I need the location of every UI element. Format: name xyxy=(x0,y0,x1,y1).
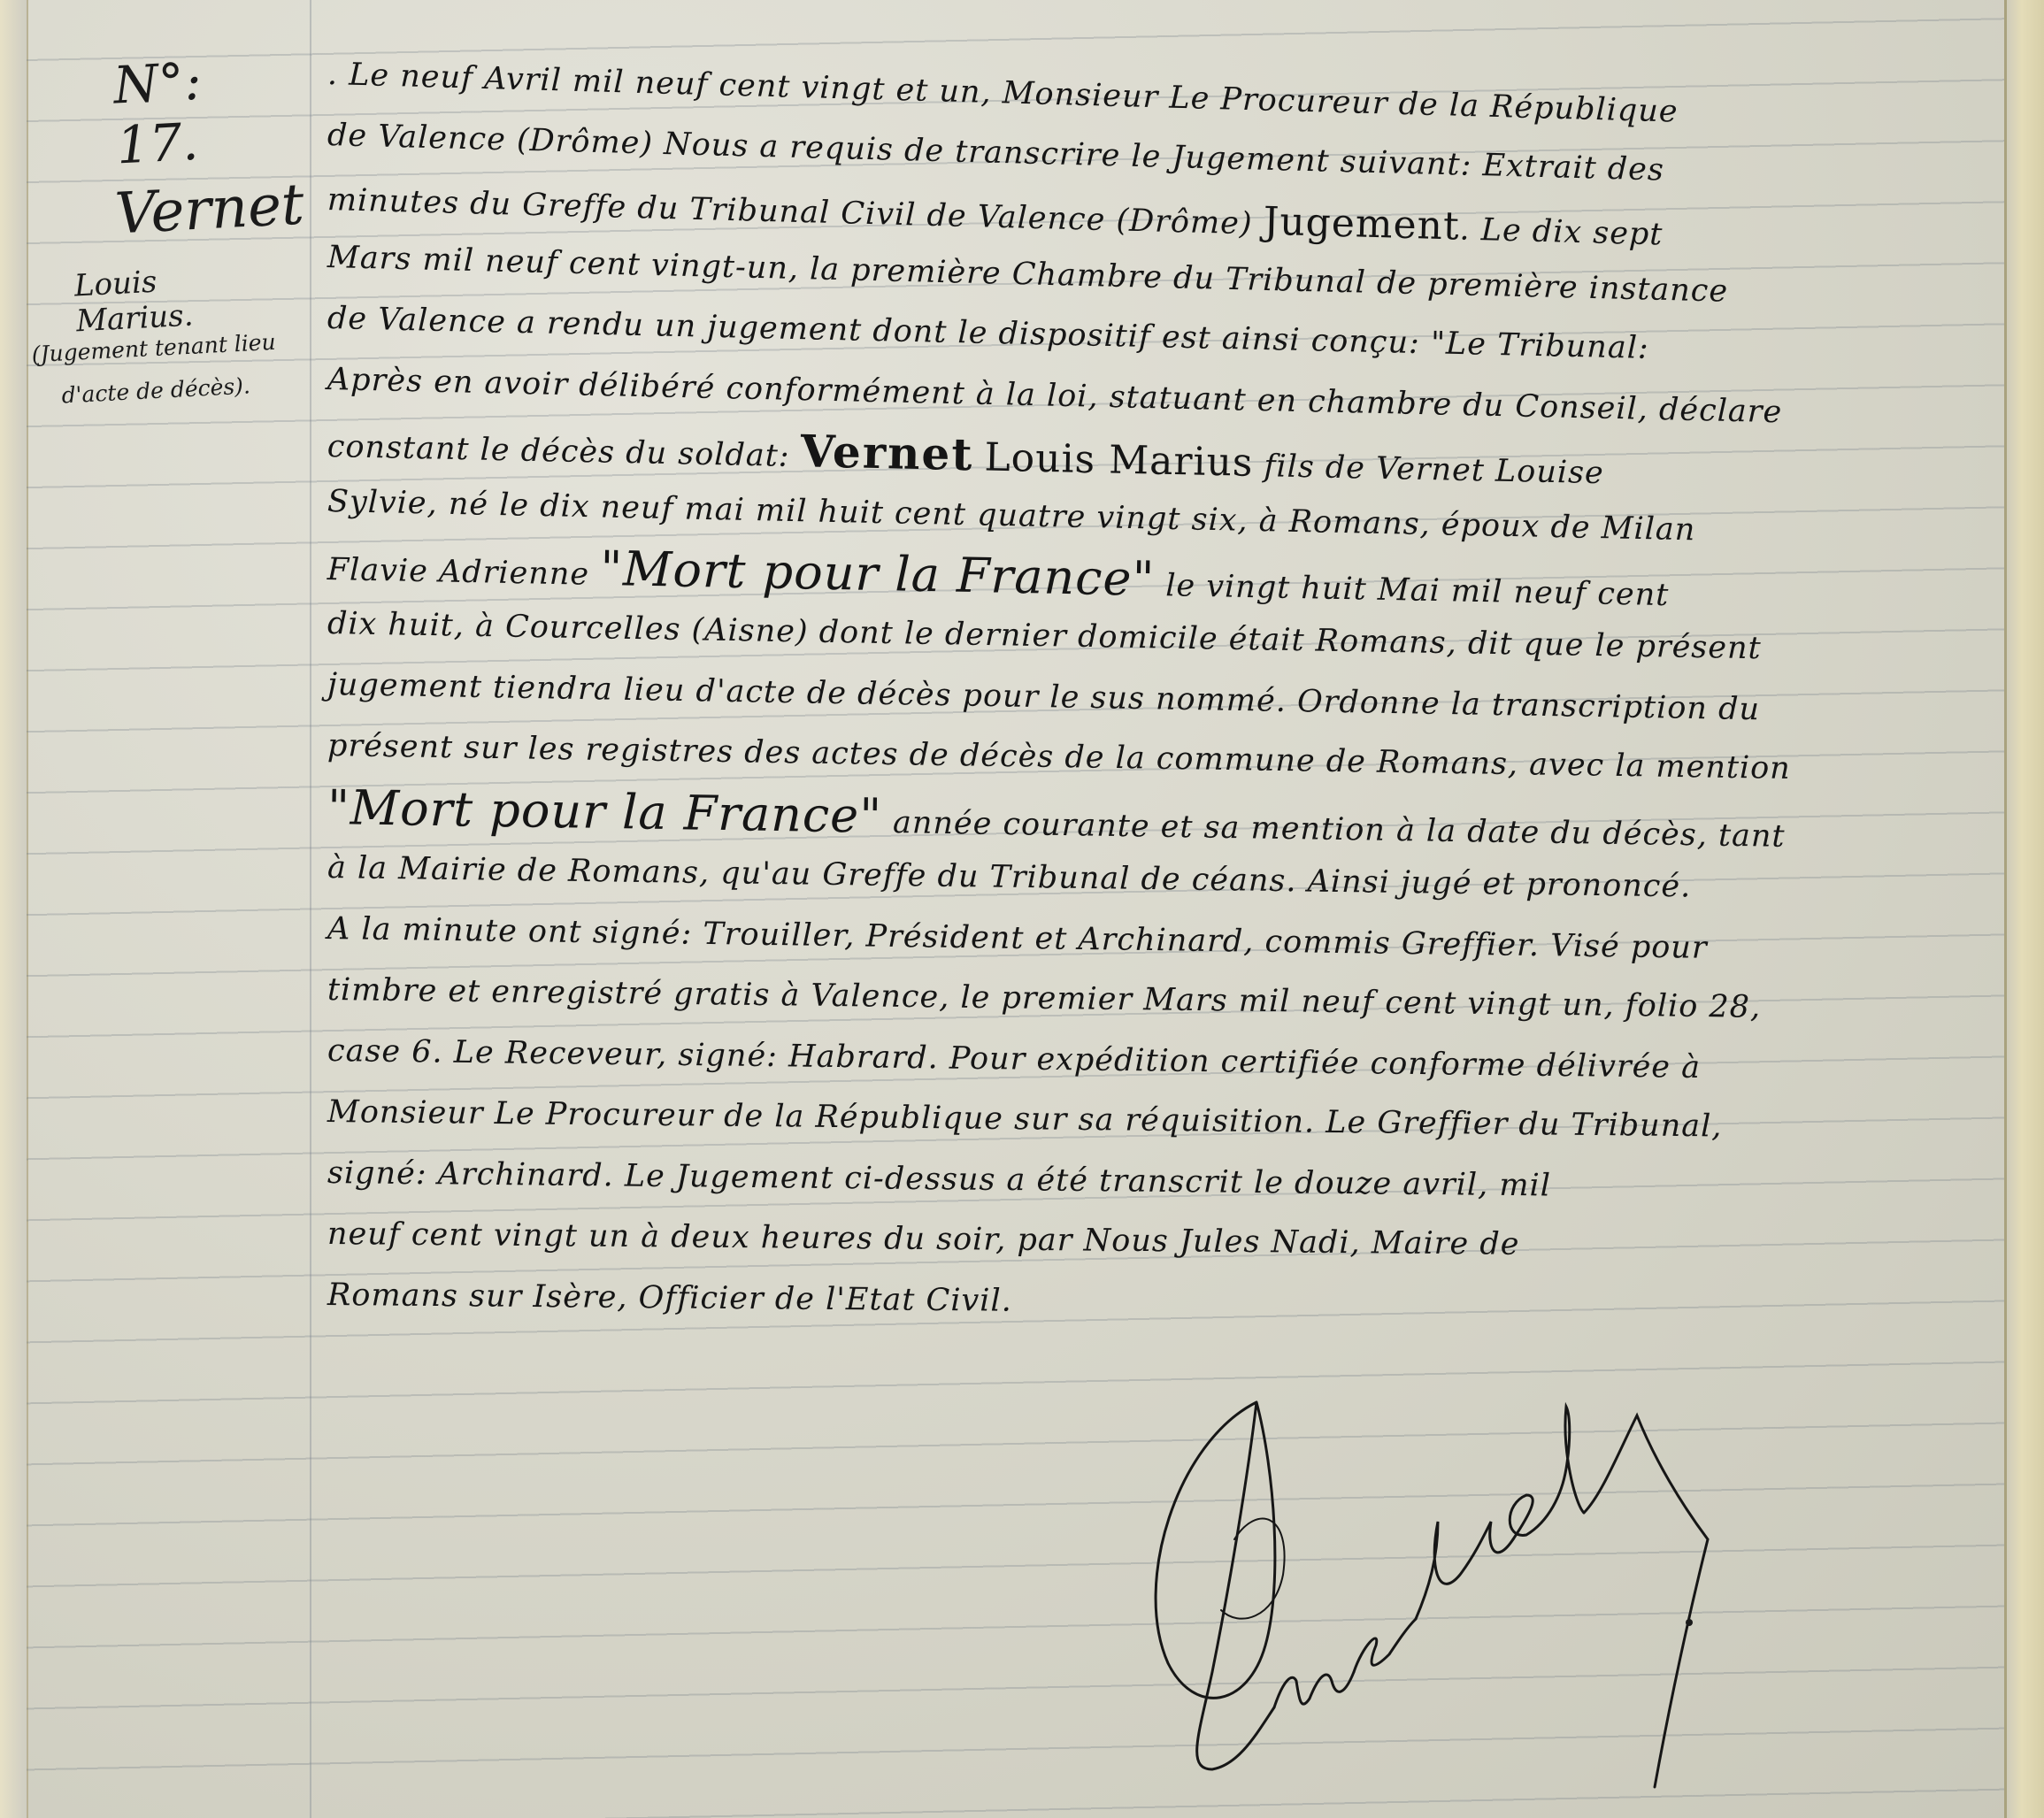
text-segment: constant le décès du soldat: xyxy=(327,429,801,474)
margin-surname: Vernet xyxy=(113,172,305,247)
margin-rule xyxy=(310,0,311,1818)
mort-pour-la-france-mention: "Mort pour la France" xyxy=(327,779,883,844)
binding-gutter xyxy=(2004,0,2044,1818)
text-segment: case 6. Le Receveur, signé: Habrard. Pou… xyxy=(327,1033,1701,1085)
act-body-text: . Le neuf Avril mil neuf cent vingt et u… xyxy=(327,44,2000,1326)
text-segment xyxy=(973,442,985,478)
margin-description: (Jugement tenant lieu d'acte de décès). xyxy=(7,319,304,419)
mort-pour-la-france-mention: "Mort pour la France" xyxy=(600,541,1156,607)
register-page: N°: 17. Vernet Louis Marius. (Jugement t… xyxy=(0,0,2044,1818)
act-number: N°: 17. xyxy=(112,50,206,175)
emphasized-text: Louis Marius xyxy=(984,435,1254,486)
deceased-surname: Vernet xyxy=(800,425,974,480)
text-segment: Flavie Adrienne xyxy=(327,552,600,593)
text-segment: le vingt huit Mai mil neuf cent xyxy=(1155,568,1670,613)
text-segment: Monsieur Le Procureur de la République s… xyxy=(327,1094,1723,1145)
text-segment: Romans sur Isère, Officier de l'Etat Civ… xyxy=(327,1277,1012,1319)
signature-dot xyxy=(1686,1619,1693,1626)
text-segment: A la minute ont signé: Trouiller, Présid… xyxy=(327,911,1708,966)
left-page-edge xyxy=(0,0,28,1818)
text-segment: signé: Archinard. Le Jugement ci-dessus … xyxy=(327,1155,1551,1203)
text-segment: présent sur les registres des actes de d… xyxy=(327,728,1791,786)
text-segment: à la Mairie de Romans, qu'au Greffe du T… xyxy=(327,850,1692,905)
text-segment: dix huit, à Courcelles (Aisne) dont le d… xyxy=(327,606,1762,666)
text-segment: fils de Vernet Louise xyxy=(1253,449,1604,491)
text-segment: . Le dix sept xyxy=(1459,212,1664,253)
text-segment: neuf cent vingt un à deux heures du soir… xyxy=(327,1216,1520,1262)
mayor-signature xyxy=(1124,1362,1725,1805)
text-segment: timbre et enregistré gratis à Valence, l… xyxy=(327,972,1762,1025)
emphasized-text: Jugement xyxy=(1263,199,1460,249)
